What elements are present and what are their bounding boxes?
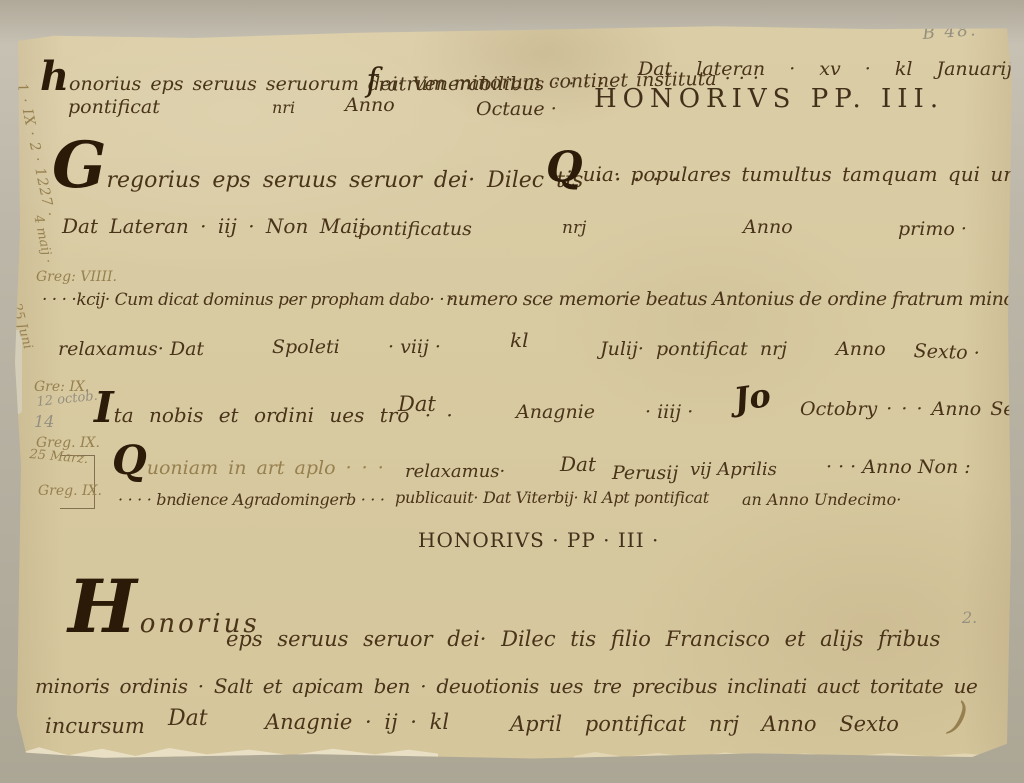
spoleti-anno: Anno: [836, 340, 886, 359]
quoniam-dat: Dat: [560, 454, 596, 474]
line-bndience: · · · · bndience Agradomingerb · · ·: [118, 492, 385, 508]
line2-pontificat: pontificat: [68, 98, 160, 117]
gregorius-nrj: nrj: [562, 220, 586, 237]
gregorius-anno: Anno: [743, 218, 793, 237]
line-publicauit: publicauit· Dat Viterbij· kl Apt pontifi…: [395, 490, 709, 506]
margin-greg-ix-b: Greg. IX.: [38, 484, 102, 498]
quoniam-opening: Quoniam in art aplo · · ·: [112, 442, 384, 482]
honorius-incursum: incursum: [45, 716, 145, 737]
line2-nri: nri: [272, 100, 295, 116]
manuscript-paper: honorius eps seruus seruorum dei· Venera…: [14, 24, 1012, 760]
gregorius-dating: Dat Lateran · iij · Non Maij ·: [62, 216, 382, 236]
ita-dat: Dat: [398, 394, 436, 415]
heading-honorius-top: HONORIVS PP. III.: [594, 86, 944, 112]
cumdicat-left: · · · ·kcij· Cum dicat dominus per proph…: [42, 292, 464, 309]
quoniam-relaxamus: relaxamus·: [405, 463, 505, 481]
margin-25-juni: 25 Juni: [9, 302, 34, 351]
margin-greg-viiii: Greg: VIIII.: [36, 270, 117, 284]
honorius-april-dating: April pontificat nrj Anno Sexto: [510, 714, 899, 735]
spoleti-relaxamus: relaxamus· Dat: [58, 340, 204, 359]
gregorius-quia: Quia· populares tumultus tamquam qui uro…: [546, 146, 1024, 188]
line1-dating: Dat lateran · xv · kl Januarij: [638, 60, 1012, 79]
quoniam-perusij: Perusij: [612, 464, 678, 483]
gregorius-primo: primo ·: [898, 220, 967, 239]
torn-edge-bottom-left: [18, 744, 438, 760]
margin-year-note: 1 · IX · 2 · 1227 ·: [14, 82, 56, 219]
quoniam-anno-non: · · · Anno Non :: [826, 458, 971, 477]
gregorius-pontificatus: pontificatus: [358, 220, 472, 239]
cumdicat-right: numero sce memorie beatus Antonius de or…: [446, 290, 1024, 309]
spoleti-viij: · viij ·: [388, 338, 441, 357]
ita-octobry: Octobry · · · Anno Sexto: [800, 400, 1024, 419]
ita-jo-flourish: Jo: [732, 379, 773, 416]
spoleti-julij: Julij· pontificat nrj: [600, 340, 787, 359]
pencil-sheet-number: 2.: [962, 610, 977, 626]
spoleti-kl: kl: [510, 330, 529, 350]
spoleti-place: Spoleti: [272, 338, 340, 357]
honorius-grand-text: eps seruus seruor dei· Dilec tis filio F…: [226, 629, 940, 650]
line2-anno: Anno: [345, 96, 395, 115]
margin-14: 14: [34, 414, 54, 430]
heading-honorius-mid: HONORIVS · PP · III ·: [418, 530, 659, 550]
ita-anagnie: Anagnie: [516, 403, 595, 422]
honorius-dat: Dat: [168, 708, 208, 730]
margin-25-marz: 25 Marz.: [29, 448, 89, 466]
quoniam-vij-aprilis: vij Aprilis: [690, 461, 777, 479]
torn-edge-bottom-right: [574, 750, 994, 760]
honorius-anagnie: Anagnie · ij · kl: [265, 712, 449, 733]
flourish-mark: ): [946, 696, 971, 739]
scan-background: { "palette":{ "paper":"#d8caa1", "mat":"…: [0, 0, 1024, 783]
spoleti-sexto: Sexto ·: [913, 342, 980, 363]
ita-iiij: · iiij ·: [645, 403, 693, 422]
line2-octave: Octaue ·: [476, 100, 557, 119]
margin-day-note: 4 maij ·: [31, 214, 54, 265]
line-undecimo: an Anno Undecimo·: [742, 492, 901, 508]
honorius-line2: minoris ordinis · Salt et apicam ben · d…: [35, 676, 978, 696]
